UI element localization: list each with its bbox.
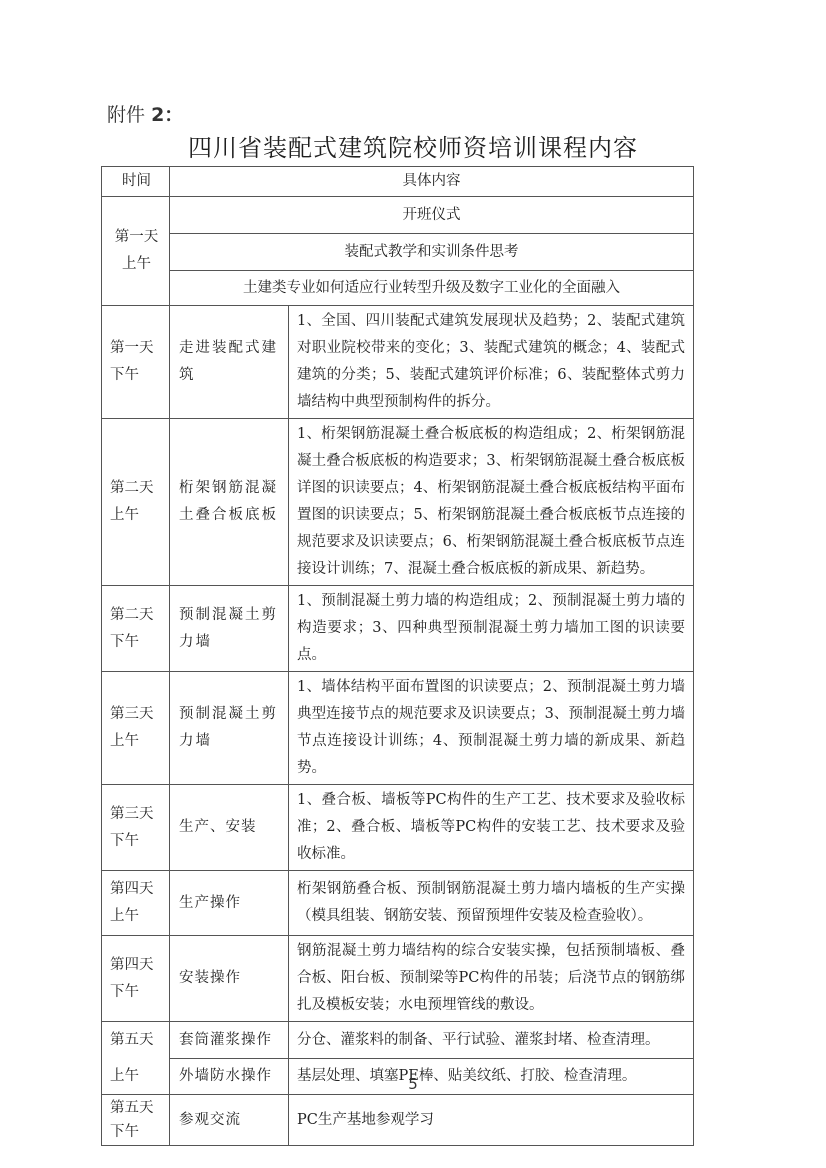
- table-row: 第三天 上午 预制混凝土剪力墙 1、墙体结构平面布置图的识读要点；2、预制混凝土…: [102, 672, 694, 785]
- table-row: 第五天 下午 参观交流 PC生产基地参观学习: [102, 1095, 694, 1146]
- time-cell: 第三天 上午: [102, 672, 170, 785]
- topic-cell: 桁架钢筋混凝土叠合板底板: [170, 419, 289, 586]
- content-cell: PC生产基地参观学习: [289, 1095, 694, 1146]
- course-table: 时间 具体内容 第一天 上午 开班仪式 装配式教学和实训条件思考 土建类专业如何…: [101, 166, 694, 1146]
- table-row: 第四天 上午 生产操作 桁架钢筋叠合板、预制钢筋混凝土剪力墙内墙板的生产实操（模…: [102, 871, 694, 936]
- table-header-row: 时间 具体内容: [102, 167, 694, 197]
- time-cell: 第四天 上午: [102, 871, 170, 936]
- attachment-text: 附件: [107, 104, 145, 126]
- content-cell: 开班仪式: [170, 197, 694, 234]
- table-row: 第三天 下午 生产、安装 1、叠合板、墙板等PC构件的生产工艺、技术要求及验收标…: [102, 785, 694, 871]
- content-cell: 1、墙体结构平面布置图的识读要点；2、预制混凝土剪力墙典型连接节点的规范要求及识…: [289, 672, 694, 785]
- topic-cell: 生产操作: [170, 871, 289, 936]
- header-content: 具体内容: [170, 167, 694, 197]
- time-cell: 第四天 下午: [102, 936, 170, 1022]
- header-time: 时间: [102, 167, 170, 197]
- table-row: 第二天 上午 桁架钢筋混凝土叠合板底板 1、桁架钢筋混凝土叠合板底板的构造组成；…: [102, 419, 694, 586]
- page-number: 5: [0, 1075, 826, 1093]
- table-row: 第一天 上午 开班仪式: [102, 197, 694, 234]
- topic-cell: 走进装配式建筑: [170, 306, 289, 419]
- topic-cell: 预制混凝土剪力墙: [170, 586, 289, 672]
- topic-cell: 预制混凝土剪力墙: [170, 672, 289, 785]
- topic-cell: 生产、安装: [170, 785, 289, 871]
- content-cell: 土建类专业如何适应行业转型升级及数字工业化的全面融入: [170, 271, 694, 306]
- table-row: 第一天 下午 走进装配式建筑 1、全国、四川装配式建筑发展现状及趋势；2、装配式…: [102, 306, 694, 419]
- time-cell: 第三天 下午: [102, 785, 170, 871]
- content-cell: 1、桁架钢筋混凝土叠合板底板的构造组成；2、桁架钢筋混凝土叠合板底板的构造要求；…: [289, 419, 694, 586]
- table-row: 第二天 下午 预制混凝土剪力墙 1、预制混凝土剪力墙的构造组成；2、预制混凝土剪…: [102, 586, 694, 672]
- time-cell: 第二天 下午: [102, 586, 170, 672]
- time-cell: 第二天 上午: [102, 419, 170, 586]
- table-row: 第四天 下午 安装操作 钢筋混凝土剪力墙结构的综合安装实操，包括预制墙板、叠合板…: [102, 936, 694, 1022]
- page-title: 四川省装配式建筑院校师资培训课程内容: [0, 128, 826, 163]
- time-cell: 第一天 下午: [102, 306, 170, 419]
- content-cell: 分仓、灌浆料的制备、平行试验、灌浆封堵、检查清理。: [289, 1022, 694, 1059]
- content-cell: 装配式教学和实训条件思考: [170, 234, 694, 271]
- topic-cell: 参观交流: [170, 1095, 289, 1146]
- time-cell: 第五天 下午: [102, 1095, 170, 1146]
- table-row: 第五天 上午 套筒灌浆操作 分仓、灌浆料的制备、平行试验、灌浆封堵、检查清理。: [102, 1022, 694, 1059]
- content-cell: 钢筋混凝土剪力墙结构的综合安装实操，包括预制墙板、叠合板、阳台板、预制梁等PC构…: [289, 936, 694, 1022]
- content-cell: 桁架钢筋叠合板、预制钢筋混凝土剪力墙内墙板的生产实操（模具组装、钢筋安装、预留预…: [289, 871, 694, 936]
- attachment-label: 附件 2：: [107, 100, 183, 127]
- table-row: 装配式教学和实训条件思考: [102, 234, 694, 271]
- content-cell: 1、全国、四川装配式建筑发展现状及趋势；2、装配式建筑对职业院校带来的变化；3、…: [289, 306, 694, 419]
- table-row: 土建类专业如何适应行业转型升级及数字工业化的全面融入: [102, 271, 694, 306]
- topic-cell: 安装操作: [170, 936, 289, 1022]
- content-cell: 1、预制混凝土剪力墙的构造组成；2、预制混凝土剪力墙的构造要求；3、四种典型预制…: [289, 586, 694, 672]
- attachment-number: 2：: [151, 104, 183, 126]
- topic-cell: 套筒灌浆操作: [170, 1022, 289, 1059]
- content-cell: 1、叠合板、墙板等PC构件的生产工艺、技术要求及验收标准；2、叠合板、墙板等PC…: [289, 785, 694, 871]
- time-cell: 第一天 上午: [102, 197, 170, 306]
